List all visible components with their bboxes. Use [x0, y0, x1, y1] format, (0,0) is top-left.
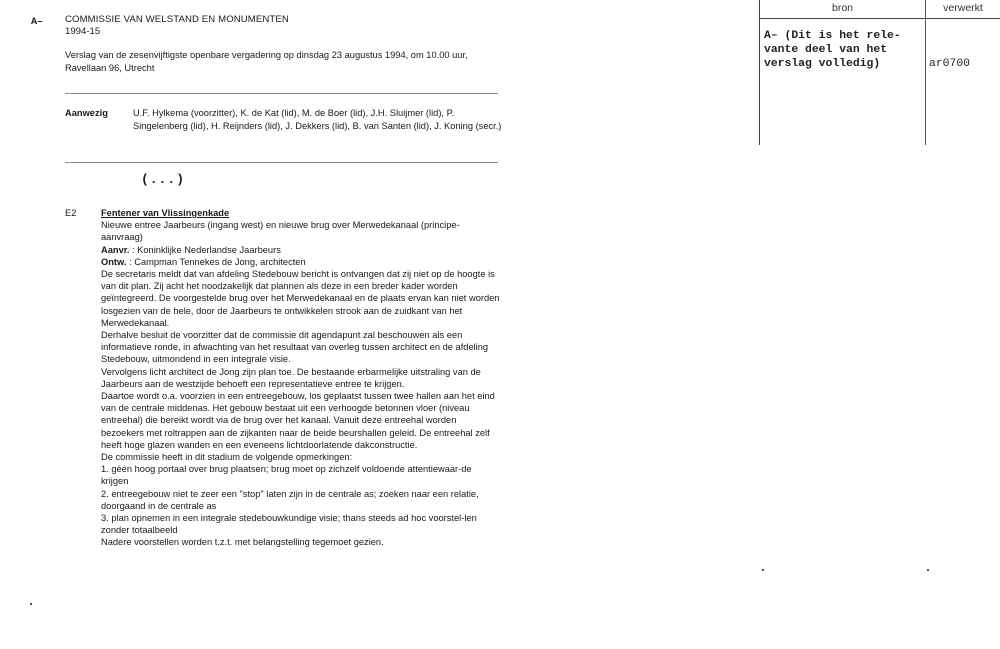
applicant-line: Aanvr. : Koninklijke Nederlandse Jaarbeu… — [101, 244, 501, 256]
agenda-item-subtitle: Nieuwe entree Jaarbeurs (ingang west) en… — [101, 219, 501, 243]
verwerkt-cell: ar0700 — [929, 57, 970, 71]
organization-title: COMMISSIE VAN WELSTAND EN MONUMENTEN — [65, 14, 289, 26]
scan-speck — [762, 569, 764, 571]
report-intro: Verslag van de zesenvijftigste openbare … — [65, 49, 505, 74]
remark-1: 1. géén hoog portaal over brug plaatsen;… — [101, 463, 501, 487]
paragraph-presentation: Vervolgens licht architect de Jong zijn … — [101, 366, 501, 390]
session-year: 1994-15 — [65, 26, 100, 38]
omission-marker: (...) — [141, 172, 185, 187]
designer-line: Ontw. : Campman Tennekes de Jong, archit… — [101, 256, 501, 268]
designer-label: Ontw. — [101, 257, 126, 267]
bron-line-1: A– (Dit is het rele- — [764, 29, 924, 43]
paragraph-decision: Derhalve besluit de voorzitter dat de co… — [101, 329, 501, 366]
attendance-list: U.F. Hylkema (voorzitter), K. de Kat (li… — [133, 107, 503, 132]
remark-2: 2. entreegebouw niet te zeer een "stop" … — [101, 488, 501, 512]
applicant-value: : Koninklijke Nederlandse Jaarbeurs — [132, 245, 281, 255]
remark-3: 3. plan opnemen in een integrale stedebo… — [101, 512, 501, 536]
agenda-item-body: Fentener van Vlissingenkade Nieuwe entre… — [101, 207, 501, 549]
paragraph-design: Daartoe wordt o.a. voorzien in een entre… — [101, 390, 501, 451]
agenda-item-title: Fentener van Vlissingenkade — [101, 207, 501, 219]
attendance-label: Aanwezig — [65, 107, 108, 120]
bron-cell: A– (Dit is het rele- vante deel van het … — [764, 29, 924, 71]
divider-bottom — [65, 162, 498, 163]
table-header-rule — [759, 18, 1000, 19]
table-border-left — [759, 0, 760, 145]
document-marker: A– — [31, 17, 43, 28]
designer-value: : Campman Tennekes de Jong, architecten — [129, 257, 306, 267]
scan-speck — [927, 569, 929, 571]
scan-speck — [30, 603, 32, 605]
paragraph-remarks-intro: De commissie heeft in dit stadium de vol… — [101, 451, 501, 463]
agenda-item-code: E2 — [65, 207, 76, 220]
bron-line-3: verslag volledig) — [764, 57, 924, 71]
divider-top — [65, 93, 498, 94]
paragraph-secretary: De secretaris meldt dat van afdeling Ste… — [101, 268, 501, 329]
table-column-divider — [925, 0, 926, 145]
column-header-verwerkt: verwerkt — [926, 2, 1000, 14]
applicant-label: Aanvr. — [101, 245, 129, 255]
bron-line-2: vante deel van het — [764, 43, 924, 57]
column-header-bron: bron — [760, 2, 925, 14]
paragraph-closing: Nadere voorstellen worden t.z.t. met bel… — [101, 536, 501, 548]
